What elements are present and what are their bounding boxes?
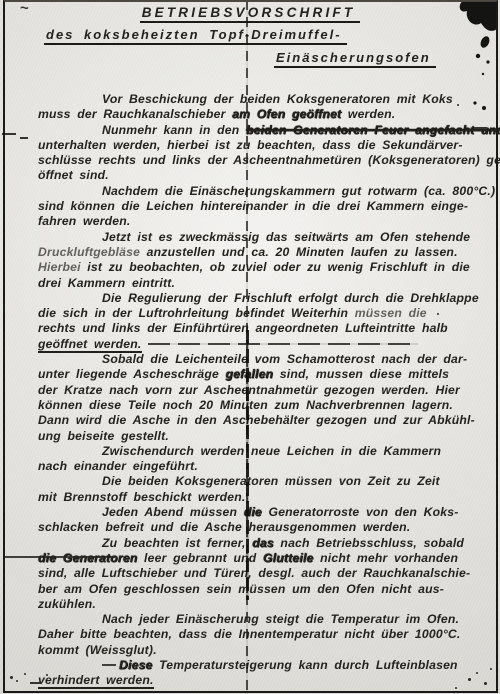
paper-speck bbox=[455, 687, 457, 689]
text-line: ber am Ofen geschlossen sein müssen um d… bbox=[38, 582, 492, 597]
text-line: Nach jeder Einäscherung steigt die Tempe… bbox=[38, 612, 492, 627]
text-line: geöffnet werden. bbox=[38, 337, 492, 352]
document-scan: BETRIEBSVORSCHRIFT des koksbeheizten Top… bbox=[0, 0, 500, 694]
paragraph: Die beiden Koksgeneratoren müssen von Ze… bbox=[38, 474, 492, 505]
margin-dash bbox=[30, 682, 40, 684]
text-line: Nunmehr kann in den beiden Generatoren F… bbox=[38, 123, 492, 138]
text-line: schlüsse rechts und links der Ascheentna… bbox=[38, 153, 492, 168]
text-segment: leer gebrannt und bbox=[137, 551, 263, 565]
text-segment: Die beiden Koksgeneratoren müssen von Ze… bbox=[102, 474, 440, 488]
text-line: fahren werden. bbox=[38, 214, 492, 229]
text-segment: ist zu beobachten, ob zuviel oder zu wen… bbox=[81, 260, 470, 274]
text-line: Jetzt ist es zweckmässig das seitwärts a… bbox=[38, 230, 492, 245]
text-line: der Kratze nach vorn zur Ascheentnahmetü… bbox=[38, 383, 492, 398]
text-segment: sind, alle Luftschieber und Türen, desgl… bbox=[38, 566, 470, 580]
text-line: kommt (Weissglut). bbox=[38, 643, 492, 658]
ink-blot bbox=[440, 0, 498, 130]
paper-speck bbox=[490, 668, 492, 670]
text-line: öffnet sind. bbox=[38, 168, 492, 183]
text-segment: die sich in der Luftrohrleitung befindet… bbox=[38, 306, 355, 320]
text-line: rechts und links der Einführtüren angeor… bbox=[38, 321, 492, 336]
text-line: Daher bitte beachten, dass die Innentemp… bbox=[38, 627, 492, 642]
text-line: sind können die Leichen hintereinander i… bbox=[38, 199, 492, 214]
text-line: Diese Temperatursteigerung kann durch Lu… bbox=[38, 658, 492, 673]
text-line: sind, alle Luftschieber und Türen, desgl… bbox=[38, 566, 492, 581]
text-segment: Hierbei bbox=[38, 260, 81, 274]
paragraph: Die Regulierung der Frischluft erfolgt d… bbox=[38, 291, 492, 352]
text-segment: Nachdem die Einäscherungskammern gut rot… bbox=[102, 184, 495, 198]
text-segment: sind, mussen diese mittels bbox=[273, 367, 449, 381]
text-line: Zwischendurch werden neue Leichen in die… bbox=[38, 444, 492, 459]
text-line: Hierbei ist zu beobachten, ob zuviel ode… bbox=[38, 260, 492, 275]
paragraph: Jeden Abend müssen die Generatorroste vo… bbox=[38, 505, 492, 536]
text-segment: werden. bbox=[341, 107, 395, 121]
title-block: BETRIEBSVORSCHRIFT des koksbeheizten Top… bbox=[0, 5, 500, 65]
text-segment: drei Kammern eintritt. bbox=[38, 276, 175, 290]
text-segment: nicht mehr vorhanden bbox=[314, 551, 459, 565]
paragraph: Zwischendurch werden neue Leichen in die… bbox=[38, 444, 492, 475]
fold-crease-dark-segment bbox=[246, 330, 249, 600]
text-segment: anzustellen und ca. 20 Minuten laufen zu… bbox=[140, 245, 458, 259]
title-text-1: BETRIEBSVORSCHRIFT bbox=[140, 5, 361, 23]
text-line: die sich in der Luftrohrleitung befindet… bbox=[38, 306, 492, 321]
title-text-2: des koksbeheizten Topf-Dreimuffel- bbox=[44, 27, 347, 45]
text-segment: Jetzt ist es zweckmässig das seitwärts a… bbox=[102, 230, 470, 244]
text-segment: die Generatoren bbox=[38, 551, 137, 565]
paper-speck bbox=[10, 676, 13, 679]
text-line: verhindert werden. bbox=[38, 673, 492, 688]
paragraph: Diese Temperatursteigerung kann durch Lu… bbox=[38, 658, 492, 689]
text-segment: Druckluftgebläse bbox=[38, 245, 140, 259]
text-segment: schlüsse rechts und links der Ascheentna… bbox=[38, 153, 500, 167]
text-segment: Daher bitte beachten, dass die Innentemp… bbox=[38, 627, 461, 641]
text-segment: Sobald die Leichenteile vom Schamotteros… bbox=[102, 352, 467, 366]
text-segment: nach Betriebsschluss, sobald bbox=[274, 536, 464, 550]
text-segment: Vor Beschickung der beiden Koksgenerator… bbox=[102, 92, 453, 106]
text-segment: Dann wird die Asche in den Aschebehälter… bbox=[38, 413, 475, 427]
margin-dash bbox=[2, 133, 16, 135]
text-segment: schlacken befreit und die Asche herausge… bbox=[38, 520, 410, 534]
text-segment: geöffnet werden. bbox=[38, 337, 142, 353]
paragraph: Sobald die Leichenteile vom Schamotteros… bbox=[38, 352, 492, 444]
title-text-3: Einäscherungsofen bbox=[274, 50, 436, 68]
text-line: Jeden Abend müssen die Generatorroste vo… bbox=[38, 505, 492, 520]
text-line: Die Regulierung der Frischluft erfolgt d… bbox=[38, 291, 492, 306]
text-segment: Die Regulierung der Frischluft erfolgt d… bbox=[102, 291, 479, 305]
text-line: drei Kammern eintritt. bbox=[38, 276, 492, 291]
text-segment: unterhalten werden, hierbei ist zu beach… bbox=[38, 138, 463, 152]
paragraph: Jetzt ist es zweckmässig das seitwärts a… bbox=[38, 230, 492, 291]
text-segment: verhindert werden. bbox=[38, 673, 154, 689]
text-segment: Zu beachten ist ferner, bbox=[102, 536, 252, 550]
title-line-2: des koksbeheizten Topf-Dreimuffel- bbox=[44, 27, 500, 42]
text-segment: Diese bbox=[119, 658, 153, 672]
text-line: können diese Teile noch 20 Minuten zum N… bbox=[38, 398, 492, 413]
text-line: Nachdem die Einäscherungskammern gut rot… bbox=[38, 184, 492, 199]
text-line: unter liegende Ascheschräge gefallen sin… bbox=[38, 367, 492, 382]
text-line: Sobald die Leichenteile vom Schamotteros… bbox=[38, 352, 492, 367]
text-line: ung beiseite gestellt. bbox=[38, 429, 492, 444]
text-line: Vor Beschickung der beiden Koksgenerator… bbox=[38, 92, 492, 107]
paragraph: Nunmehr kann in den beiden Generatoren F… bbox=[38, 123, 492, 184]
paper-speck bbox=[476, 672, 478, 674]
margin-dash bbox=[20, 137, 28, 139]
pen-line bbox=[102, 664, 116, 666]
text-segment: Jeden Abend müssen bbox=[102, 505, 244, 519]
paragraph: Nachdem die Einäscherungskammern gut rot… bbox=[38, 184, 492, 230]
text-line: muss der Rauchkanalschieber am Ofen geöf… bbox=[38, 107, 492, 122]
corner-mark-tilde: ~ bbox=[20, 0, 29, 17]
paper-speck bbox=[16, 680, 18, 682]
text-segment: ber am Ofen geschlossen sein müssen um d… bbox=[38, 582, 444, 596]
text-segment: müssen die bbox=[355, 306, 427, 320]
paper-speck bbox=[320, 250, 322, 252]
text-segment: zukühlen. bbox=[38, 597, 96, 611]
text-segment: Nunmehr kann in den bbox=[102, 123, 246, 137]
text-segment: mit Brennstoff beschickt werden. bbox=[38, 490, 246, 504]
text-segment: rechts und links der Einführtüren angeor… bbox=[38, 321, 448, 335]
paper-speck bbox=[46, 674, 48, 676]
paragraph: Zu beachten ist ferner, das nach Betrieb… bbox=[38, 536, 492, 612]
text-segment: unter liegende Ascheschräge bbox=[38, 367, 226, 381]
pen-line bbox=[148, 343, 418, 345]
text-line: zukühlen. bbox=[38, 597, 492, 612]
text-line: unterhalten werden, hierbei ist zu beach… bbox=[38, 138, 492, 153]
text-segment: Generatorroste von den Koks- bbox=[262, 505, 459, 519]
text-segment: Temperatursteigerung kann durch Lufteinb… bbox=[153, 658, 458, 672]
text-line: Druckluftgebläse anzustellen und ca. 20 … bbox=[38, 245, 492, 260]
text-segment: muss der Rauchkanalschieber bbox=[38, 107, 232, 121]
text-line: Zu beachten ist ferner, das nach Betrieb… bbox=[38, 536, 492, 551]
paragraph: Vor Beschickung der beiden Koksgenerator… bbox=[38, 92, 492, 123]
text-line: mit Brennstoff beschickt werden. bbox=[38, 490, 492, 505]
text-line: nach einander eingeführt. bbox=[38, 459, 492, 474]
text-segment: sind können die Leichen hintereinander i… bbox=[38, 199, 468, 213]
text-segment: das bbox=[252, 536, 274, 550]
text-segment: ung beiseite gestellt. bbox=[38, 429, 169, 443]
text-segment: gefallen bbox=[226, 367, 274, 381]
text-line: Die beiden Koksgeneratoren müssen von Ze… bbox=[38, 474, 492, 489]
paper-speck bbox=[484, 682, 487, 685]
text-line: Dann wird die Asche in den Aschebehälter… bbox=[38, 413, 492, 428]
text-segment: Zwischendurch werden neue Leichen in die… bbox=[102, 444, 441, 458]
title-line-1: BETRIEBSVORSCHRIFT bbox=[0, 5, 500, 20]
paper-speck bbox=[437, 313, 439, 315]
text-segment: Nach jeder Einäscherung steigt die Tempe… bbox=[102, 612, 459, 626]
text-segment: fahren werden. bbox=[38, 214, 131, 228]
text-segment: kommt (Weissglut). bbox=[38, 643, 157, 657]
paper-speck bbox=[468, 678, 471, 681]
text-line: schlacken befreit und die Asche herausge… bbox=[38, 520, 492, 535]
text-segment: Glutteile bbox=[263, 551, 314, 565]
text-line: die Generatoren leer gebrannt und Glutte… bbox=[38, 551, 492, 566]
text-segment: nach einander eingeführt. bbox=[38, 459, 198, 473]
paragraph: Nach jeder Einäscherung steigt die Tempe… bbox=[38, 612, 492, 658]
text-segment: öffnet sind. bbox=[38, 168, 109, 182]
document-body: Vor Beschickung der beiden Koksgenerator… bbox=[38, 92, 492, 689]
text-segment: am Ofen geöffnet bbox=[232, 107, 341, 121]
paper-speck bbox=[24, 673, 26, 675]
